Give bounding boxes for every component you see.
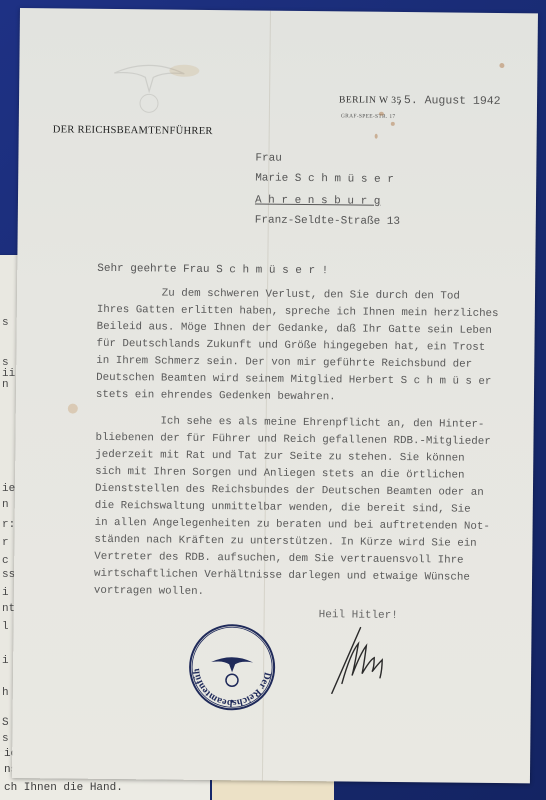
body-line: vortragen wollen. — [94, 585, 204, 598]
body-line: Vertreter des RDB. aufsuchen, dem Sie ve… — [94, 551, 463, 567]
official-stamp-icon: Der Reichsbeamtenführer — [187, 622, 278, 713]
body-line: die Reichswaltung unmittelbar wenden, di… — [95, 500, 471, 516]
body-line: Zu dem schweren Verlust, den Sie durch d… — [97, 287, 460, 303]
body-line: ständen nach Kräften zu unterstützen. In… — [94, 534, 476, 550]
salutation: Sehr geehrte Frau S c h m ü s e r ! — [97, 263, 328, 277]
fragment: S — [2, 717, 9, 729]
letterhead-place: BERLIN W 35 — [339, 95, 402, 106]
recipient-title: Frau — [255, 152, 282, 164]
fragment: ch Ihnen die Hand. — [4, 782, 123, 794]
embossed-eagle-icon — [109, 51, 190, 122]
fragment: i — [2, 587, 9, 599]
body-line: für Deutschlands Zukunft und Größe hinge… — [96, 338, 485, 354]
body-line: in allen Angelegenheiten zu beraten und … — [95, 517, 490, 533]
condolence-letter: DER REICHSBEAMTENFÜHRER BERLIN W 35 GRAF… — [12, 8, 538, 783]
fragment: h — [2, 687, 9, 699]
body-line: jederzeit mit Rat und Tat zur Seite zu s… — [95, 449, 464, 465]
fragment: n — [2, 499, 9, 511]
fragment: ie — [2, 483, 15, 495]
recipient-city: A h r e n s b u r g — [255, 194, 381, 207]
fragment: c — [2, 555, 9, 567]
body-line: Deutschen Beamten wird seinem Mitglied H… — [96, 372, 491, 388]
body-line: Beileid aus. Möge Ihnen der Gedanke, daß… — [97, 321, 492, 337]
signature — [328, 623, 399, 696]
body-line: Ihres Gatten erlitten haben, spreche ich… — [97, 304, 499, 320]
letter-date: ,5. August 1942 — [397, 94, 501, 108]
body-line: bliebenen der für Führer und Reich gefal… — [95, 432, 490, 448]
recipient-street: Franz-Seldte-Straße 13 — [255, 214, 400, 228]
fragment: i — [2, 655, 9, 667]
letterhead-street: GRAF-SPEE-STR. 17 — [341, 113, 396, 120]
fragment: s — [2, 733, 9, 745]
body-line: Ich sehe es als meine Ehrenpflicht an, d… — [96, 415, 485, 431]
closing: Heil Hitler! — [319, 609, 398, 622]
letterhead-title: DER REICHSBEAMTENFÜHRER — [53, 124, 213, 137]
recipient-name: Marie S c h m ü s e r — [255, 172, 394, 185]
body-line: stets ein ehrendes Gedenken bewahren. — [96, 389, 336, 404]
body-line: sich mit Ihren Sorgen und Anliegen stets… — [95, 466, 464, 482]
fragment: l — [2, 621, 9, 633]
body-line: Dienststellen des Reichsbundes der Deuts… — [95, 483, 484, 499]
fragment: r — [2, 537, 9, 549]
body-line: in Ihrem Schmerz sein. Der von mir gefüh… — [96, 355, 472, 371]
body-line: wirtschaftlichen Verhältnisse darlegen u… — [94, 568, 470, 584]
fragment: r: — [2, 519, 15, 531]
